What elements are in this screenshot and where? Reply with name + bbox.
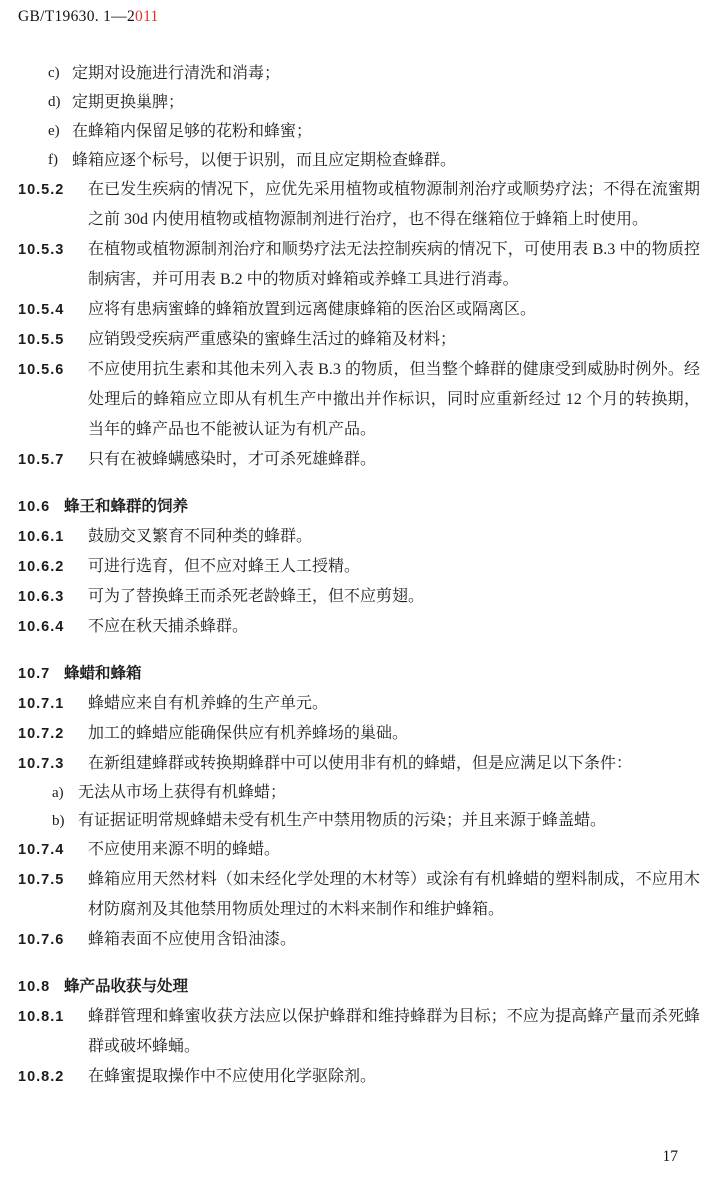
clause-number: 10.5.3 xyxy=(18,235,76,265)
list-item-text: 无法从市场上获得有机蜂蜡； xyxy=(78,779,700,807)
list-item: d)定期更换巢脾； xyxy=(48,88,700,117)
clause-number: 10.6 xyxy=(18,492,62,522)
clause-paragraph: 10.7.4不应使用来源不明的蜂蜡。 xyxy=(18,835,700,865)
clause-text: 在植物或植物源制剂治疗和顺势疗法无法控制疾病的情况下，可使用表 B.3 中的物质… xyxy=(88,235,700,295)
clause-number: 10.7.4 xyxy=(18,835,76,865)
list-item: f)蜂箱应逐个标号，以便于识别，而且应定期检查蜂群。 xyxy=(48,146,700,175)
clause-number: 10.6.3 xyxy=(18,582,76,612)
list-item-label: c) xyxy=(48,59,72,88)
clause-paragraph: 10.8.1蜂群管理和蜂蜜收获方法应以保护蜂群和维持蜂群为目标；不应为提高蜂产量… xyxy=(18,1002,700,1062)
clause-number: 10.8.1 xyxy=(18,1002,76,1032)
clause-number: 10.7 xyxy=(18,659,62,689)
clause-text: 在蜂蜜提取操作中不应使用化学驱除剂。 xyxy=(88,1062,700,1092)
clause-text: 应销毁受疾病严重感染的蜜蜂生活过的蜂箱及材料； xyxy=(88,325,700,355)
clause-text: 可为了替换蜂王而杀死老龄蜂王，但不应剪翅。 xyxy=(88,582,700,612)
clause-number: 10.8.2 xyxy=(18,1062,76,1092)
clause-paragraph: 10.6.2可进行选育，但不应对蜂王人工授精。 xyxy=(18,552,700,582)
list-item-text: 定期更换巢脾； xyxy=(72,88,700,117)
clause-text: 应将有患病蜜蜂的蜂箱放置到远离健康蜂箱的医治区或隔离区。 xyxy=(88,295,700,325)
list-item: e)在蜂箱内保留足够的花粉和蜂蜜； xyxy=(48,117,700,146)
clause-text: 在已发生疾病的情况下，应优先采用植物或植物源制剂治疗或顺势疗法；不得在流蜜期之前… xyxy=(88,175,700,235)
clause-text: 蜂蜡应来自有机养蜂的生产单元。 xyxy=(88,689,700,719)
clause-text: 可进行选育，但不应对蜂王人工授精。 xyxy=(88,552,700,582)
page-number: 17 xyxy=(663,1148,679,1166)
section-heading: 10.8蜂产品收获与处理 xyxy=(18,972,700,1002)
clause-number: 10.7.2 xyxy=(18,719,76,749)
clause-number: 10.6.4 xyxy=(18,612,76,642)
clause-paragraph: 10.5.7只有在被蜂螨感染时，才可杀死雄蜂群。 xyxy=(18,445,700,475)
clause-paragraph: 10.7.1蜂蜡应来自有机养蜂的生产单元。 xyxy=(18,689,700,719)
list-item-label: f) xyxy=(48,146,72,175)
document-page: GB/T19630. 1—2011 c)定期对设施进行清洗和消毒；d)定期更换巢… xyxy=(0,0,720,1181)
clause-paragraph: 10.7.6蜂箱表面不应使用含铅油漆。 xyxy=(18,925,700,955)
clause-number: 10.5.5 xyxy=(18,325,76,355)
clause-text: 在新组建蜂群或转换期蜂群中可以使用非有机的蜂蜡，但是应满足以下条件： xyxy=(88,749,700,779)
clause-paragraph: 10.8.2在蜂蜜提取操作中不应使用化学驱除剂。 xyxy=(18,1062,700,1092)
clause-paragraph: 10.6.4不应在秋天捕杀蜂群。 xyxy=(18,612,700,642)
clause-paragraph: 10.7.2加工的蜂蜡应能确保供应有机养蜂场的巢础。 xyxy=(18,719,700,749)
clause-paragraph: 10.6.3可为了替换蜂王而杀死老龄蜂王，但不应剪翅。 xyxy=(18,582,700,612)
clause-number: 10.7.1 xyxy=(18,689,76,719)
section-heading-title: 蜂产品收获与处理 xyxy=(64,972,700,1002)
clause-number: 10.7.5 xyxy=(18,865,76,895)
list-item-text: 蜂箱应逐个标号，以便于识别，而且应定期检查蜂群。 xyxy=(72,146,700,175)
clause-paragraph: 10.5.5应销毁受疾病严重感染的蜜蜂生活过的蜂箱及材料； xyxy=(18,325,700,355)
clause-text: 不应使用来源不明的蜂蜡。 xyxy=(88,835,700,865)
list-item: c)定期对设施进行清洗和消毒； xyxy=(48,59,700,88)
list-item-text: 有证据证明常规蜂蜡未受有机生产中禁用物质的污染；并且来源于蜂盖蜡。 xyxy=(78,807,700,835)
clause-paragraph: 10.5.4应将有患病蜜蜂的蜂箱放置到远离健康蜂箱的医治区或隔离区。 xyxy=(18,295,700,325)
clause-text: 加工的蜂蜡应能确保供应有机养蜂场的巢础。 xyxy=(88,719,700,749)
clause-number: 10.8 xyxy=(18,972,62,1002)
clause-number: 10.5.4 xyxy=(18,295,76,325)
clause-text: 不应在秋天捕杀蜂群。 xyxy=(88,612,700,642)
standard-code-black-part: GB/T19630. 1—2 xyxy=(18,8,135,25)
clause-paragraph: 10.5.3在植物或植物源制剂治疗和顺势疗法无法控制疾病的情况下，可使用表 B.… xyxy=(18,235,700,295)
clause-number: 10.6.2 xyxy=(18,552,76,582)
list-item-label: e) xyxy=(48,117,72,146)
list-item-label: a) xyxy=(52,779,78,807)
clause-text: 不应使用抗生素和其他未列入表 B.3 的物质，但当整个蜂群的健康受到威胁时例外。… xyxy=(88,355,700,445)
sublist-item: a)无法从市场上获得有机蜂蜡； xyxy=(52,779,700,807)
clause-text: 蜂群管理和蜂蜜收获方法应以保护蜂群和维持蜂群为目标；不应为提高蜂产量而杀死蜂群或… xyxy=(88,1002,700,1062)
section-heading: 10.7蜂蜡和蜂箱 xyxy=(18,659,700,689)
list-item-text: 在蜂箱内保留足够的花粉和蜂蜜； xyxy=(72,117,700,146)
clause-text: 蜂箱应用天然材料（如未经化学处理的木材等）或涂有有机蜂蜡的塑料制成，不应用木材防… xyxy=(88,865,700,925)
clause-text: 鼓励交叉繁育不同种类的蜂群。 xyxy=(88,522,700,552)
section-heading: 10.6蜂王和蜂群的饲养 xyxy=(18,492,700,522)
clause-number: 10.5.2 xyxy=(18,175,76,205)
clause-number: 10.5.6 xyxy=(18,355,76,385)
clause-paragraph: 10.7.5蜂箱应用天然材料（如未经化学处理的木材等）或涂有有机蜂蜡的塑料制成，… xyxy=(18,865,700,925)
standard-code-header: GB/T19630. 1—2011 xyxy=(18,8,700,26)
standard-code-red-part: 011 xyxy=(135,8,159,25)
section-heading-title: 蜂蜡和蜂箱 xyxy=(64,659,700,689)
section-heading-title: 蜂王和蜂群的饲养 xyxy=(64,492,700,522)
list-item-label: d) xyxy=(48,88,72,117)
list-item-label: b) xyxy=(52,807,78,835)
clause-text: 只有在被蜂螨感染时，才可杀死雄蜂群。 xyxy=(88,445,700,475)
clause-number: 10.6.1 xyxy=(18,522,76,552)
clause-paragraph: 10.6.1鼓励交叉繁育不同种类的蜂群。 xyxy=(18,522,700,552)
clause-number: 10.7.6 xyxy=(18,925,76,955)
clause-text: 蜂箱表面不应使用含铅油漆。 xyxy=(88,925,700,955)
sublist-item: b)有证据证明常规蜂蜡未受有机生产中禁用物质的污染；并且来源于蜂盖蜡。 xyxy=(52,807,700,835)
clause-paragraph: 10.5.2在已发生疾病的情况下，应优先采用植物或植物源制剂治疗或顺势疗法；不得… xyxy=(18,175,700,235)
clause-paragraph: 10.7.3在新组建蜂群或转换期蜂群中可以使用非有机的蜂蜡，但是应满足以下条件： xyxy=(18,749,700,779)
list-item-text: 定期对设施进行清洗和消毒； xyxy=(72,59,700,88)
clause-paragraph: 10.5.6不应使用抗生素和其他未列入表 B.3 的物质，但当整个蜂群的健康受到… xyxy=(18,355,700,445)
clause-number: 10.5.7 xyxy=(18,445,76,475)
document-body: c)定期对设施进行清洗和消毒；d)定期更换巢脾；e)在蜂箱内保留足够的花粉和蜂蜜… xyxy=(18,59,700,1092)
clause-number: 10.7.3 xyxy=(18,749,76,779)
